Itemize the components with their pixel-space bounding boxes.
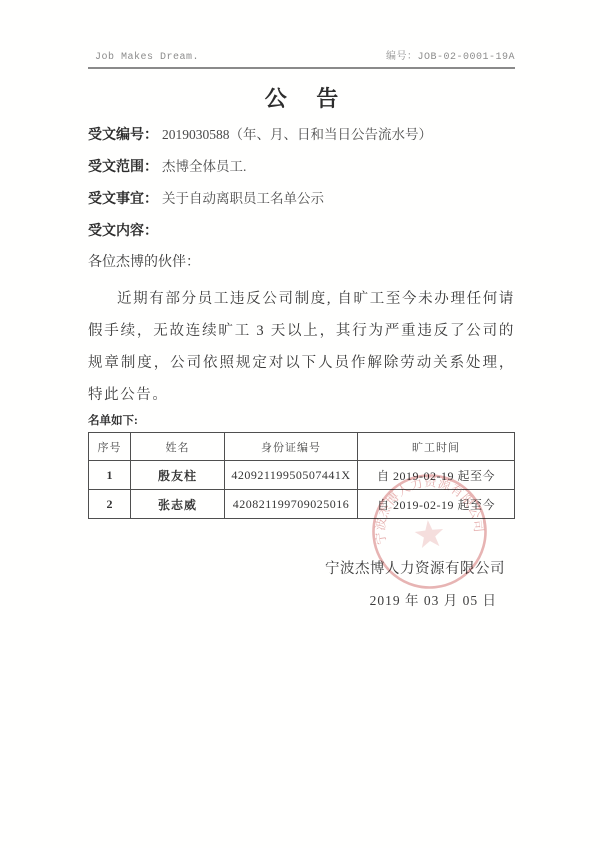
cell-name: 殷友柱: [131, 461, 225, 490]
document-number: 编号：JOB-02-0001-19A: [386, 47, 515, 63]
meta-label: 受文范围：: [88, 160, 158, 175]
table-row: 1 殷友柱 42092119950507441X 自 2019-02-19 起至…: [89, 461, 515, 490]
cell-absence: 自 2019-02-19 起至今: [358, 490, 515, 519]
cell-name: 张志威: [131, 490, 225, 519]
meta-row-subject: 受文事宜：关于自动离职员工名单公示: [88, 188, 515, 210]
cell-index: 1: [89, 461, 131, 490]
header-cell-index: 序号: [89, 433, 131, 461]
document-meta: 受文编号：2019030588（年、月、日和当日公告流水号） 受文范围：杰博全体…: [88, 124, 515, 242]
cell-id: 42092119950507441X: [225, 461, 358, 490]
meta-label: 受文内容：: [88, 224, 158, 239]
meta-row-doc-id: 受文编号：2019030588（年、月、日和当日公告流水号）: [88, 124, 515, 146]
meta-label: 受文编号：: [88, 128, 158, 143]
signature-block: 宁波杰博人力资源有限公司 2019 年 03 月 05 日: [88, 559, 515, 611]
cell-id: 420821199709025016: [225, 490, 358, 519]
signature-date: 2019 年 03 月 05 日: [88, 591, 515, 611]
table-header-row: 序号 姓名 身份证编号 旷工时间: [89, 433, 515, 461]
meta-value: 杰博全体员工.: [162, 159, 246, 174]
roster-table: 序号 姓名 身份证编号 旷工时间 1 殷友柱 42092119950507441…: [88, 432, 515, 519]
meta-value: 关于自动离职员工名单公示: [162, 191, 324, 206]
header-cell-name: 姓名: [131, 433, 225, 461]
page-title: 公 告: [88, 84, 515, 114]
meta-row-content: 受文内容：: [88, 220, 515, 242]
body-paragraph: 近期有部分员工违反公司制度, 自旷工至今未办理任何请假手续，无故连续旷工 3 天…: [88, 283, 515, 411]
header-divider: [88, 67, 515, 69]
signature-company: 宁波杰博人力资源有限公司: [88, 559, 515, 579]
page-header: Job Makes Dream. 编号：JOB-02-0001-19A: [88, 0, 515, 63]
table-row: 2 张志威 420821199709025016 自 2019-02-19 起至…: [89, 490, 515, 519]
header-cell-id: 身份证编号: [225, 433, 358, 461]
meta-label: 受文事宜：: [88, 192, 158, 207]
announcement-document: Job Makes Dream. 编号：JOB-02-0001-19A 公 告 …: [0, 0, 600, 848]
salutation: 各位杰博的伙伴：: [88, 252, 515, 274]
cell-index: 2: [89, 490, 131, 519]
company-slogan: Job Makes Dream.: [88, 52, 199, 63]
meta-row-scope: 受文范围：杰博全体员工.: [88, 156, 515, 178]
header-cell-absence: 旷工时间: [358, 433, 515, 461]
meta-value: 2019030588（年、月、日和当日公告流水号）: [162, 127, 432, 142]
cell-absence: 自 2019-02-19 起至今: [358, 461, 515, 490]
list-intro: 名单如下:: [88, 413, 515, 429]
